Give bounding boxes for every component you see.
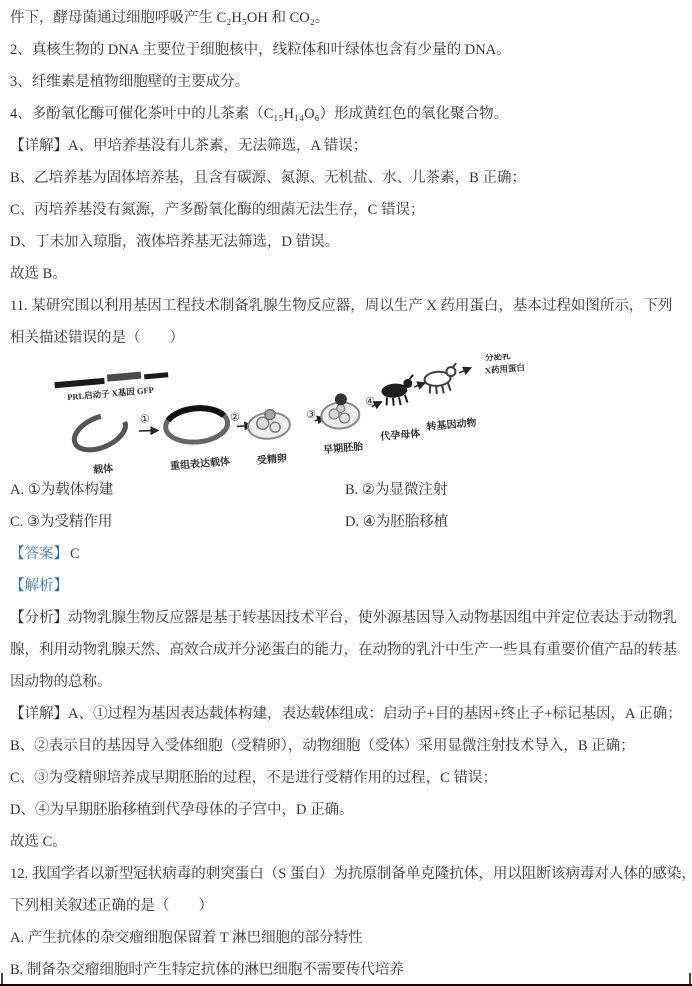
step1-number: ① bbox=[139, 413, 150, 426]
surrogate-animal-icon bbox=[380, 375, 415, 407]
text-line-point4: 4、多酚氧化酶可催化茶叶中的儿茶素（C₁₅H₁₄O₆）形成黄红色的氧化聚合物。 bbox=[10, 98, 682, 130]
analysis-marker-line: 【解析】 bbox=[10, 570, 682, 602]
question-12-option-a: A. 产生抗体的杂交瘤细胞保留着 T 淋巴细胞的部分特性 bbox=[10, 922, 682, 954]
text-line-point3: 3、纤维素是植物细胞壁的主要成分。 bbox=[10, 66, 682, 98]
detail-line-c: C、③为受精卵培养成早期胚胎的过程，不是进行受精作用的过程，C 错误； bbox=[10, 762, 682, 794]
construct-label: PRL启动子 X基因 GFP bbox=[67, 385, 154, 403]
document-body: 件下，酵母菌通过细胞呼吸产生 C₂H₅OH 和 CO₂。 2、真核生物的 DNA… bbox=[0, 0, 692, 986]
option-a: A. ①为载体构建 bbox=[10, 474, 345, 506]
embryo-icon bbox=[319, 392, 360, 430]
text-line-q10-detail-b: B、乙培养基为固体培养基，且含有碳源、氮源、无机盐、水、儿茶素，B 正确； bbox=[10, 162, 682, 194]
text-line-q10-detail-a: 【详解】A、甲培养基没有儿茶素，无法筛选，A 错误； bbox=[10, 130, 682, 162]
option-b: B. ②为显微注射 bbox=[345, 474, 447, 506]
vector-label: 载体 bbox=[93, 461, 114, 474]
detail-line-d: D、④为早期胚胎移植到代孕母体的子宫中，D 正确。 bbox=[10, 794, 682, 826]
answer-marker: 【答案】 bbox=[10, 546, 68, 562]
analysis-line-2: 腺，利用动物乳腺天然、高效合成并分泌蛋白的能力，在动物的乳汁中生产一些具有重要价… bbox=[10, 634, 682, 666]
transgenic-animal-icon bbox=[423, 363, 458, 395]
option-c: C. ③为受精作用 bbox=[10, 506, 345, 538]
vector-ring-icon bbox=[69, 408, 130, 457]
embryo-label: 早期胚胎 bbox=[323, 440, 365, 457]
question-12-option-b: B. 制备杂交瘤细胞时产生特定抗体的淋巴细胞不需要传代培养 bbox=[10, 954, 682, 986]
option-d: D. ④为胚胎移植 bbox=[345, 506, 448, 538]
analysis-marker: 【解析】 bbox=[10, 578, 68, 594]
recombinant-vector-label: 重组表达载体 bbox=[170, 454, 231, 472]
text-line-q10-conclusion: 故选 B。 bbox=[10, 258, 682, 290]
inserted-gene-arc-icon bbox=[167, 406, 224, 421]
question-12-stem-line1: 12. 我国学者以新型冠状病毒的刺突蛋白（S 蛋白）为抗原制备单克隆抗体，用以阻… bbox=[10, 858, 682, 890]
text-line-q10-detail-d: D、丁未加入琼脂，液体培养基无法筛选，D 错误。 bbox=[10, 226, 682, 258]
analysis-line-1: 【分析】动物乳腺生物反应器是基于转基因技术平台，使外源基因导入动物基因组中并定位… bbox=[10, 602, 682, 634]
text-line-q10-detail-c: C、丙培养基没有氮源，产多酚氧化酶的细菌无法生存，C 错误； bbox=[10, 194, 682, 226]
question-12-stem-line2: 下列相关叙述正确的是（ ） bbox=[10, 890, 682, 922]
zygote-icon bbox=[247, 408, 291, 441]
question-11-options-row1: A. ①为载体构建 B. ②为显微注射 bbox=[10, 474, 682, 506]
analysis-line-3: 因动物的总称。 bbox=[10, 666, 682, 698]
table-border-left-tick bbox=[1, 973, 3, 984]
detail-line-b: B、②表示目的基因导入受体细胞（受精卵），动物细胞（受体）采用显微注射技术导入，… bbox=[10, 730, 682, 762]
zygote-label: 受精卵 bbox=[256, 451, 287, 467]
question-11-stem-line1: 11. 某研究围以利用基因工程技术制备乳腺生物反应器，周以生产 X 药用蛋白，基… bbox=[10, 290, 682, 322]
detail-line-a: 【详解】A、①过程为基因表达载体构建，表达载体组成：启动子+目的基因+终止子+标… bbox=[10, 698, 682, 730]
surrogate-label: 代孕母体 bbox=[380, 427, 421, 443]
milk-output-label-line2: X药用蛋白 bbox=[484, 362, 525, 375]
milk-output-label-line1: 分泌乳 bbox=[484, 354, 512, 363]
table-border-right-tick bbox=[689, 973, 691, 984]
arrow-icon bbox=[139, 429, 158, 432]
text-line-point2: 2、真核生物的 DNA 主要位于细胞核中，线粒体和叶绿体也含有少量的 DNA。 bbox=[10, 34, 682, 66]
step2-number: ② bbox=[230, 411, 241, 424]
question-11-options-row2: C. ③为受精作用 D. ④为胚胎移植 bbox=[10, 506, 682, 538]
transgenic-label: 转基因动物 bbox=[426, 416, 477, 433]
question-11-stem-line2: 相关描述错误的是（ ） bbox=[10, 322, 682, 354]
text-line-q10-context: 件下，酵母菌通过细胞呼吸产生 C₂H₅OH 和 CO₂。 bbox=[10, 2, 682, 34]
step3-number: ③ bbox=[306, 409, 317, 422]
process-diagram-svg: PRL启动子 X基因 GFP 载体 ① 重组表达载体 ② bbox=[18, 354, 558, 474]
document-page: { "page": { "bg": "#ffffff", "text_color… bbox=[0, 0, 692, 986]
answer-line: 【答案】C bbox=[10, 538, 682, 570]
arrow-icon bbox=[459, 368, 471, 373]
detail-conclusion: 故选 C。 bbox=[10, 826, 682, 858]
arrow-icon bbox=[414, 383, 425, 387]
gene-engineering-process-diagram: PRL启动子 X基因 GFP 载体 ① 重组表达载体 ② bbox=[10, 354, 682, 474]
answer-value: C bbox=[70, 546, 80, 562]
